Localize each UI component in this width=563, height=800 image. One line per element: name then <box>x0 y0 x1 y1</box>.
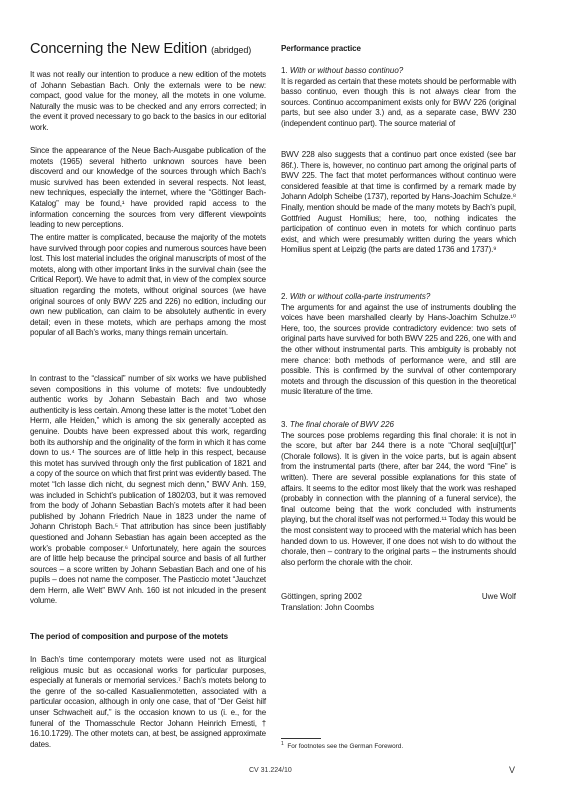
author-name: Uwe Wolf <box>482 592 516 603</box>
translator-credit: Translation: John Coombs <box>281 603 374 614</box>
complexity-paragraph: The entire matter is complicated, becaus… <box>30 233 266 339</box>
page-number: V <box>509 765 515 775</box>
footnote-divider <box>281 738 321 739</box>
sources-paragraph: Since the appearance of the Neue Bach-Au… <box>30 146 266 231</box>
paragraph: BWV 228 also suggests that a continuo pa… <box>281 150 516 256</box>
translation-line: Translation: John Coombs <box>281 603 516 614</box>
paragraph: The entire matter is complicated, becaus… <box>30 233 266 339</box>
subsection-title: The final chorale of BWV 226 <box>290 420 394 429</box>
paragraph: Since the appearance of the Neue Bach-Au… <box>30 146 266 231</box>
section-heading-composition: The period of composition and purpose of… <box>30 632 266 643</box>
subsection-number: 1. <box>281 66 288 75</box>
subsection-3: 3. The final chorale of BWV 226 The sour… <box>281 420 516 568</box>
section-heading: The period of composition and purpose of… <box>30 632 266 643</box>
signature-line: Göttingen, spring 2002 Uwe Wolf <box>281 592 516 603</box>
page-title: Concerning the New Edition (abridged) <box>30 41 251 57</box>
paragraph: It was not really our intention to produ… <box>30 70 266 134</box>
footnote-marker: 1 <box>281 741 284 747</box>
paragraph: In Bach’s time contemporary motets were … <box>30 655 266 750</box>
subsection-number: 2. <box>281 292 288 301</box>
footnote: 1 For footnotes see the German Foreword. <box>281 743 403 751</box>
section-heading: Performance practice <box>281 44 516 55</box>
signature-block: Göttingen, spring 2002 Uwe Wolf Translat… <box>281 592 516 613</box>
subsection-1: 1. With or without basso continuo? It is… <box>281 66 516 130</box>
subsection-2: 2. With or without colla-parte instrumen… <box>281 292 516 398</box>
subsection-1-continued: BWV 228 also suggests that a continuo pa… <box>281 150 516 256</box>
composition-paragraph: In Bach’s time contemporary motets were … <box>30 655 266 750</box>
footnote-text: For footnotes see the German Foreword. <box>287 743 403 750</box>
performance-heading: Performance practice <box>281 44 516 55</box>
catalog-code: CV 31.224/10 <box>249 767 292 774</box>
subsection-question: 3. The final chorale of BWV 226 <box>281 420 516 431</box>
place-date: Göttingen, spring 2002 <box>281 592 362 603</box>
subsection-question: 2. With or without colla-parte instrumen… <box>281 292 516 303</box>
paragraph: The arguments for and against the use of… <box>281 303 516 398</box>
subsection-number: 3. <box>281 420 288 429</box>
subsection-title: With or without basso continuo? <box>290 66 403 75</box>
title-text: Concerning the New Edition <box>30 41 207 57</box>
intro-paragraph: It was not really our intention to produ… <box>30 70 266 134</box>
paragraph: The sources pose problems regarding this… <box>281 431 516 569</box>
authenticity-paragraph: In contrast to the “classical” number of… <box>30 374 266 607</box>
subsection-title: With or without colla-parte instruments? <box>290 292 430 301</box>
subsection-question: 1. With or without basso continuo? <box>281 66 516 77</box>
title-suffix: (abridged) <box>211 45 251 55</box>
paragraph: It is regarded as certain that these mot… <box>281 77 516 130</box>
paragraph: In contrast to the “classical” number of… <box>30 374 266 607</box>
